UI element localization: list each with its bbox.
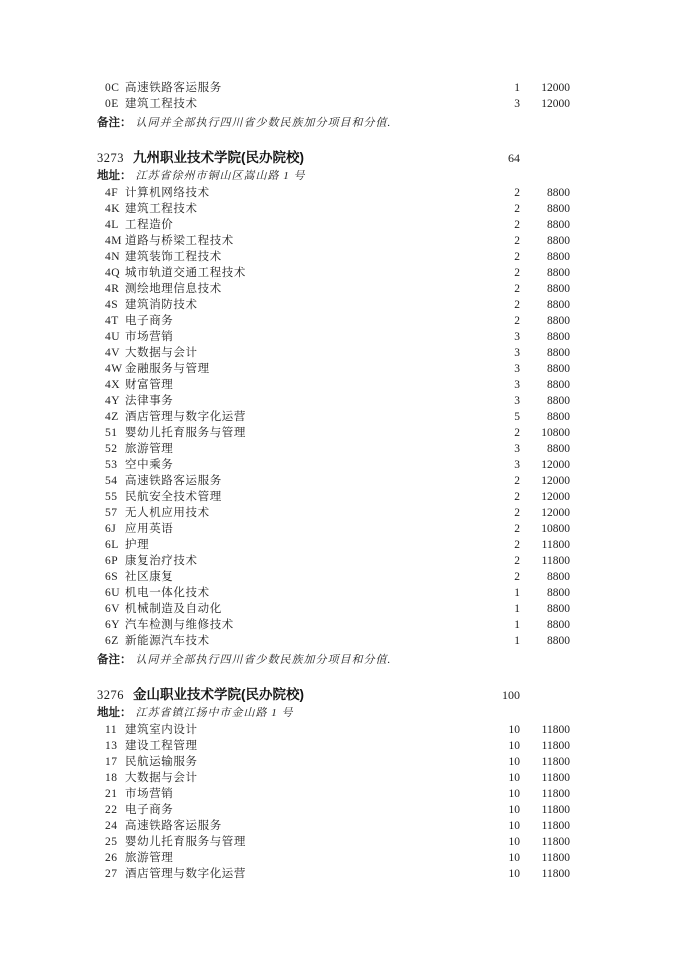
major-tuition: 8800	[520, 601, 570, 617]
major-plan-count: 1	[480, 633, 520, 649]
address-label: 地址：	[97, 168, 132, 184]
major-code: 4Q	[105, 265, 125, 281]
major-row: 4F 计算机网络技术 2 8800	[97, 185, 570, 201]
major-code: 52	[105, 441, 125, 457]
major-code: 54	[105, 473, 125, 489]
remark-label: 备注：	[97, 115, 132, 131]
major-row: 6Y 汽车检测与维修技术 1 8800	[97, 617, 570, 633]
major-plan-count: 3	[480, 393, 520, 409]
major-row: 13 建设工程管理 10 11800	[97, 738, 570, 754]
major-rows: 4F 计算机网络技术 2 8800 4K 建筑工程技术 2 8800 4L 工程…	[97, 185, 570, 649]
major-tuition: 12000	[520, 473, 570, 489]
major-row: 0E 建筑工程技术 3 12000	[97, 96, 570, 112]
major-rows: 11 建筑室内设计 10 11800 13 建设工程管理 10 11800 17…	[97, 722, 570, 882]
school-section: 3273 九州职业技术学院(民办院校) 64 地址： 江苏省徐州市铜山区嵩山路 …	[97, 148, 570, 668]
major-tuition: 8800	[520, 585, 570, 601]
major-plan-count: 3	[480, 329, 520, 345]
major-tuition: 8800	[520, 441, 570, 457]
major-plan-count: 3	[480, 96, 520, 112]
major-tuition: 10800	[520, 521, 570, 537]
school-header: 3273 九州职业技术学院(民办院校) 64	[97, 148, 570, 168]
major-row: 4L 工程造价 2 8800	[97, 217, 570, 233]
major-tuition: 8800	[520, 185, 570, 201]
major-row: 4V 大数据与会计 3 8800	[97, 345, 570, 361]
major-name: 酒店管理与数字化运营	[125, 866, 480, 882]
major-plan-count: 10	[480, 818, 520, 834]
major-plan-count: 2	[480, 281, 520, 297]
major-name: 空中乘务	[125, 457, 480, 473]
major-row: 6P 康复治疗技术 2 11800	[97, 553, 570, 569]
major-tuition: 8800	[520, 249, 570, 265]
major-row: 24 高速铁路客运服务 10 11800	[97, 818, 570, 834]
major-tuition: 8800	[520, 361, 570, 377]
major-name: 建设工程管理	[125, 738, 480, 754]
major-row: 4X 财富管理 3 8800	[97, 377, 570, 393]
major-tuition: 11800	[520, 738, 570, 754]
major-code: 24	[105, 818, 125, 834]
major-plan-count: 10	[480, 786, 520, 802]
major-row: 17 民航运输服务 10 11800	[97, 754, 570, 770]
major-name: 建筑室内设计	[125, 722, 480, 738]
major-plan-count: 2	[480, 489, 520, 505]
major-row: 4T 电子商务 2 8800	[97, 313, 570, 329]
major-tuition: 12000	[520, 489, 570, 505]
major-name: 民航运输服务	[125, 754, 480, 770]
major-tuition: 8800	[520, 217, 570, 233]
major-row: 4Y 法律事务 3 8800	[97, 393, 570, 409]
major-code: 4T	[105, 313, 125, 329]
major-code: 17	[105, 754, 125, 770]
remark-row: 备注： 认同并全部执行四川省少数民族加分项目和分值.	[97, 115, 570, 131]
major-plan-count: 2	[480, 201, 520, 217]
major-plan-count: 2	[480, 505, 520, 521]
major-plan-count: 2	[480, 473, 520, 489]
major-plan-count: 10	[480, 834, 520, 850]
major-plan-count: 3	[480, 361, 520, 377]
major-row: 52 旅游管理 3 8800	[97, 441, 570, 457]
major-name: 民航安全技术管理	[125, 489, 480, 505]
major-plan-count: 10	[480, 770, 520, 786]
major-row: 4U 市场营销 3 8800	[97, 329, 570, 345]
major-plan-count: 10	[480, 802, 520, 818]
major-row: 6Z 新能源汽车技术 1 8800	[97, 633, 570, 649]
major-name: 护理	[125, 537, 480, 553]
major-code: 18	[105, 770, 125, 786]
major-name: 高速铁路客运服务	[125, 473, 480, 489]
major-name: 金融服务与管理	[125, 361, 480, 377]
major-code: 6V	[105, 601, 125, 617]
remark-row: 备注： 认同并全部执行四川省少数民族加分项目和分值.	[97, 652, 570, 668]
major-plan-count: 1	[480, 80, 520, 96]
major-row: 4W 金融服务与管理 3 8800	[97, 361, 570, 377]
major-tuition: 11800	[520, 553, 570, 569]
major-code: 21	[105, 786, 125, 802]
major-plan-count: 1	[480, 617, 520, 633]
major-plan-count: 10	[480, 738, 520, 754]
address-row: 地址： 江苏省徐州市铜山区嵩山路 1 号	[97, 168, 570, 184]
major-row: 55 民航安全技术管理 2 12000	[97, 489, 570, 505]
major-code: 53	[105, 457, 125, 473]
major-name: 建筑工程技术	[125, 96, 480, 112]
school-section: 3276 金山职业技术学院(民办院校) 100 地址： 江苏省镇江扬中市金山路 …	[97, 685, 570, 882]
major-code: 6U	[105, 585, 125, 601]
major-name: 旅游管理	[125, 850, 480, 866]
major-tuition: 8800	[520, 281, 570, 297]
major-plan-count: 10	[480, 722, 520, 738]
major-plan-count: 2	[480, 185, 520, 201]
major-name: 测绘地理信息技术	[125, 281, 480, 297]
major-code: 6P	[105, 553, 125, 569]
major-code: 4R	[105, 281, 125, 297]
major-name: 道路与桥梁工程技术	[125, 233, 480, 249]
major-name: 大数据与会计	[125, 345, 480, 361]
major-tuition: 8800	[520, 297, 570, 313]
major-plan-count: 2	[480, 553, 520, 569]
major-code: 6Z	[105, 633, 125, 649]
major-plan-count: 2	[480, 425, 520, 441]
major-name: 应用英语	[125, 521, 480, 537]
major-row: 27 酒店管理与数字化运营 10 11800	[97, 866, 570, 882]
major-tuition: 12000	[520, 80, 570, 96]
major-name: 财富管理	[125, 377, 480, 393]
major-name: 康复治疗技术	[125, 553, 480, 569]
major-tuition: 11800	[520, 866, 570, 882]
address-label: 地址：	[97, 705, 132, 721]
major-plan-count: 2	[480, 233, 520, 249]
major-row: 11 建筑室内设计 10 11800	[97, 722, 570, 738]
major-tuition: 11800	[520, 722, 570, 738]
major-tuition: 8800	[520, 201, 570, 217]
major-row: 22 电子商务 10 11800	[97, 802, 570, 818]
major-code: 6S	[105, 569, 125, 585]
major-plan-count: 10	[480, 754, 520, 770]
major-name: 电子商务	[125, 802, 480, 818]
school-total-plan: 64	[480, 148, 520, 168]
major-tuition: 8800	[520, 313, 570, 329]
major-code: 22	[105, 802, 125, 818]
major-plan-count: 2	[480, 265, 520, 281]
major-code: 4S	[105, 297, 125, 313]
major-code: 4U	[105, 329, 125, 345]
major-plan-count: 10	[480, 866, 520, 882]
major-row: 18 大数据与会计 10 11800	[97, 770, 570, 786]
major-tuition: 11800	[520, 818, 570, 834]
major-row: 4R 测绘地理信息技术 2 8800	[97, 281, 570, 297]
major-row: 6S 社区康复 2 8800	[97, 569, 570, 585]
address-text: 江苏省镇江扬中市金山路 1 号	[136, 705, 294, 721]
major-code: 6L	[105, 537, 125, 553]
school-total-plan: 100	[480, 685, 520, 705]
major-name: 建筑消防技术	[125, 297, 480, 313]
major-plan-count: 2	[480, 521, 520, 537]
major-tuition: 8800	[520, 345, 570, 361]
major-tuition: 11800	[520, 850, 570, 866]
major-name: 无人机应用技术	[125, 505, 480, 521]
major-name: 酒店管理与数字化运营	[125, 409, 480, 425]
major-tuition: 8800	[520, 233, 570, 249]
major-code: 4Z	[105, 409, 125, 425]
major-row: 6V 机械制造及自动化 1 8800	[97, 601, 570, 617]
major-name: 城市轨道交通工程技术	[125, 265, 480, 281]
major-name: 市场营销	[125, 786, 480, 802]
major-tuition: 10800	[520, 425, 570, 441]
major-name: 机械制造及自动化	[125, 601, 480, 617]
major-tuition: 12000	[520, 457, 570, 473]
major-tuition: 8800	[520, 393, 570, 409]
major-name: 汽车检测与维修技术	[125, 617, 480, 633]
major-code: 4L	[105, 217, 125, 233]
major-tuition: 12000	[520, 505, 570, 521]
major-name: 婴幼儿托育服务与管理	[125, 834, 480, 850]
major-row: 6U 机电一体化技术 1 8800	[97, 585, 570, 601]
major-name: 电子商务	[125, 313, 480, 329]
major-code: 4X	[105, 377, 125, 393]
major-row: 0C 高速铁路客运服务 1 12000	[97, 80, 570, 96]
major-name: 法律事务	[125, 393, 480, 409]
top-majors-section: 0C 高速铁路客运服务 1 12000 0E 建筑工程技术 3 12000 备注…	[97, 80, 570, 131]
major-code: 4W	[105, 361, 125, 377]
major-name: 大数据与会计	[125, 770, 480, 786]
major-name: 高速铁路客运服务	[125, 80, 480, 96]
remark-text: 认同并全部执行四川省少数民族加分项目和分值.	[136, 652, 392, 668]
major-plan-count: 10	[480, 850, 520, 866]
major-code: 55	[105, 489, 125, 505]
major-tuition: 11800	[520, 786, 570, 802]
major-code: 27	[105, 866, 125, 882]
major-plan-count: 2	[480, 217, 520, 233]
major-code: 4Y	[105, 393, 125, 409]
major-tuition: 12000	[520, 96, 570, 112]
major-code: 6Y	[105, 617, 125, 633]
major-name: 社区康复	[125, 569, 480, 585]
major-row: 25 婴幼儿托育服务与管理 10 11800	[97, 834, 570, 850]
school-name: 九州职业技术学院(民办院校)	[133, 148, 480, 168]
document-content: 0C 高速铁路客运服务 1 12000 0E 建筑工程技术 3 12000 备注…	[97, 80, 570, 882]
major-row: 4K 建筑工程技术 2 8800	[97, 201, 570, 217]
major-name: 高速铁路客运服务	[125, 818, 480, 834]
address-text: 江苏省徐州市铜山区嵩山路 1 号	[136, 168, 306, 184]
major-plan-count: 1	[480, 601, 520, 617]
document-page: 0C 高速铁路客运服务 1 12000 0E 建筑工程技术 3 12000 备注…	[0, 0, 680, 961]
major-code: 25	[105, 834, 125, 850]
major-code: 51	[105, 425, 125, 441]
major-tuition: 8800	[520, 377, 570, 393]
major-plan-count: 1	[480, 585, 520, 601]
major-plan-count: 2	[480, 313, 520, 329]
major-tuition: 11800	[520, 802, 570, 818]
major-tuition: 8800	[520, 569, 570, 585]
major-row: 4M 道路与桥梁工程技术 2 8800	[97, 233, 570, 249]
major-row: 4S 建筑消防技术 2 8800	[97, 297, 570, 313]
major-name: 旅游管理	[125, 441, 480, 457]
major-tuition: 8800	[520, 409, 570, 425]
major-row: 4N 建筑装饰工程技术 2 8800	[97, 249, 570, 265]
major-row: 6L 护理 2 11800	[97, 537, 570, 553]
major-row: 4Q 城市轨道交通工程技术 2 8800	[97, 265, 570, 281]
major-name: 市场营销	[125, 329, 480, 345]
address-row: 地址： 江苏省镇江扬中市金山路 1 号	[97, 705, 570, 721]
school-code: 3276	[97, 685, 124, 705]
major-code: 4V	[105, 345, 125, 361]
major-row: 21 市场营销 10 11800	[97, 786, 570, 802]
major-tuition: 11800	[520, 537, 570, 553]
school-blocks: 3273 九州职业技术学院(民办院校) 64 地址： 江苏省徐州市铜山区嵩山路 …	[97, 148, 570, 882]
major-plan-count: 3	[480, 457, 520, 473]
major-code: 13	[105, 738, 125, 754]
school-header: 3276 金山职业技术学院(民办院校) 100	[97, 685, 570, 705]
major-plan-count: 3	[480, 377, 520, 393]
remark-text: 认同并全部执行四川省少数民族加分项目和分值.	[136, 115, 392, 131]
major-name: 婴幼儿托育服务与管理	[125, 425, 480, 441]
major-plan-count: 2	[480, 537, 520, 553]
major-row: 57 无人机应用技术 2 12000	[97, 505, 570, 521]
school-code: 3273	[97, 148, 124, 168]
major-name: 机电一体化技术	[125, 585, 480, 601]
major-tuition: 8800	[520, 329, 570, 345]
major-name: 计算机网络技术	[125, 185, 480, 201]
school-name: 金山职业技术学院(民办院校)	[133, 685, 480, 705]
major-row: 54 高速铁路客运服务 2 12000	[97, 473, 570, 489]
major-name: 建筑装饰工程技术	[125, 249, 480, 265]
major-plan-count: 2	[480, 569, 520, 585]
major-row: 4Z 酒店管理与数字化运营 5 8800	[97, 409, 570, 425]
major-plan-count: 2	[480, 297, 520, 313]
major-plan-count: 3	[480, 441, 520, 457]
major-tuition: 11800	[520, 770, 570, 786]
major-row: 51 婴幼儿托育服务与管理 2 10800	[97, 425, 570, 441]
major-code: 26	[105, 850, 125, 866]
major-code: 4N	[105, 249, 125, 265]
top-major-rows: 0C 高速铁路客运服务 1 12000 0E 建筑工程技术 3 12000	[97, 80, 570, 112]
major-code: 6J	[105, 521, 125, 537]
major-code: 11	[105, 722, 125, 738]
major-row: 26 旅游管理 10 11800	[97, 850, 570, 866]
major-code: 4K	[105, 201, 125, 217]
major-plan-count: 2	[480, 249, 520, 265]
major-code: 4M	[105, 233, 125, 249]
remark-label: 备注：	[97, 652, 132, 668]
major-code: 57	[105, 505, 125, 521]
major-tuition: 8800	[520, 265, 570, 281]
major-tuition: 11800	[520, 834, 570, 850]
major-plan-count: 3	[480, 345, 520, 361]
major-code: 0C	[105, 80, 125, 96]
major-name: 新能源汽车技术	[125, 633, 480, 649]
major-tuition: 11800	[520, 754, 570, 770]
major-plan-count: 5	[480, 409, 520, 425]
major-name: 建筑工程技术	[125, 201, 480, 217]
major-name: 工程造价	[125, 217, 480, 233]
major-tuition: 8800	[520, 633, 570, 649]
major-row: 53 空中乘务 3 12000	[97, 457, 570, 473]
major-code: 4F	[105, 185, 125, 201]
major-tuition: 8800	[520, 617, 570, 633]
major-row: 6J 应用英语 2 10800	[97, 521, 570, 537]
major-code: 0E	[105, 96, 125, 112]
